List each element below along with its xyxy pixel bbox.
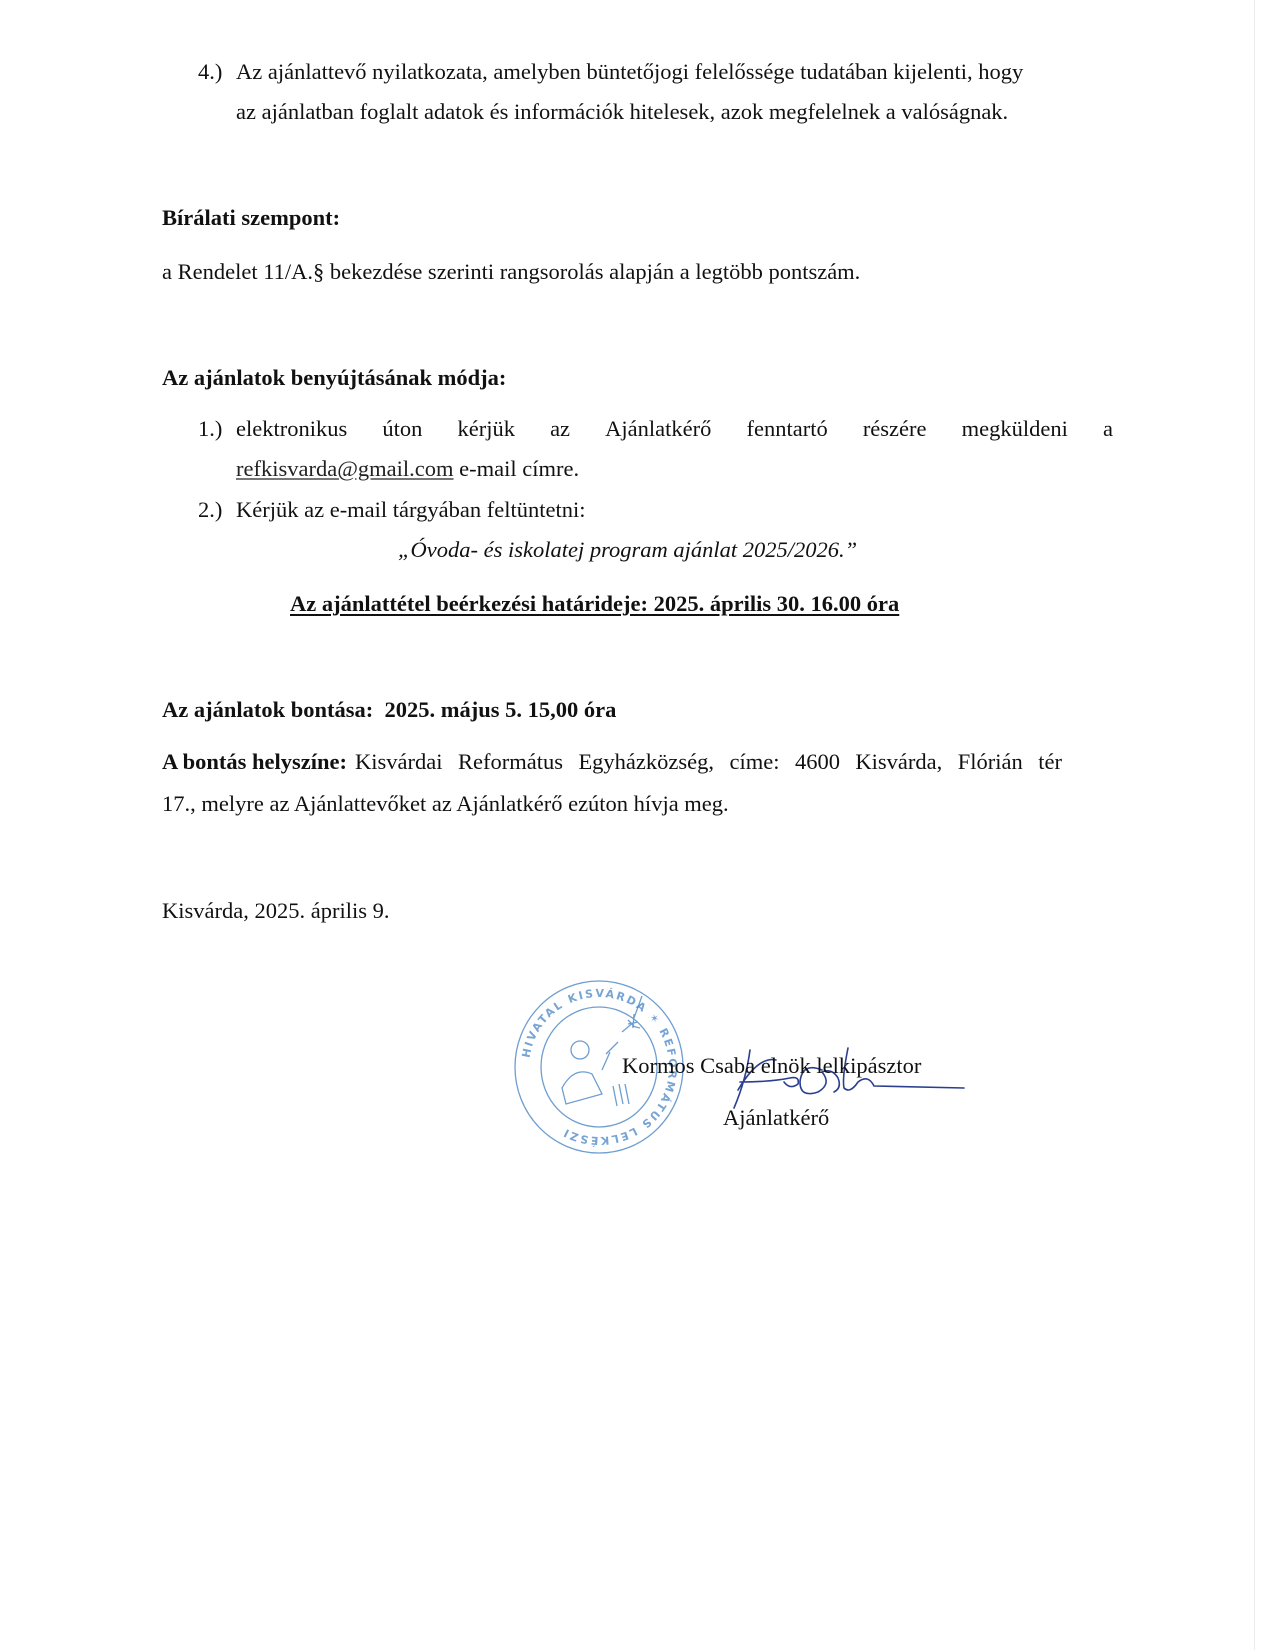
word: úton (382, 415, 422, 443)
venue-line-1: A bontás helyszíne:KisvárdaiReformátusEg… (162, 748, 1062, 776)
word: kérjük (457, 415, 514, 443)
word: részére (863, 415, 927, 443)
word: elektronikus (236, 415, 347, 443)
signer-name: Kormos Csaba elnök lelkipásztor (622, 1052, 921, 1080)
criteria-text: a Rendelet 11/A.§ bekezdése szerinti ran… (162, 258, 860, 286)
word: a (1103, 415, 1113, 443)
item-4-line-1: 4.)Az ajánlattevő nyilatkozata, amelyben… (198, 58, 1023, 86)
submission-item-1: 1.) elektronikusútonkérjükazAjánlatkérőf… (198, 415, 1113, 443)
email-subject: „Óvoda- és iskolatej program ajánlat 202… (398, 536, 857, 564)
item-4-number: 4.) (198, 58, 236, 86)
venue-line-2: 17., melyre az Ajánlattevőket az Ajánlat… (162, 790, 729, 818)
submission-heading: Az ajánlatok benyújtásának módja: (162, 364, 506, 392)
venue-label: A bontás helyszíne: (162, 748, 347, 776)
word: az (550, 415, 570, 443)
criteria-heading: Bírálati szempont: (162, 204, 340, 232)
word: Ajánlatkérő (605, 415, 711, 443)
submission-item-2: 2.)Kérjük az e-mail tárgyában feltüntetn… (198, 496, 585, 524)
submission-item-1-line-2: refkisvarda@gmail.com e-mail címre. (236, 455, 579, 483)
word: fenntartó (746, 415, 827, 443)
submission-item-2-number: 2.) (198, 496, 236, 524)
submission-item-1-text: elektronikusútonkérjükazAjánlatkérőfennt… (236, 415, 1113, 443)
opening-line: Az ajánlatok bontása: 2025. május 5. 15,… (162, 696, 616, 724)
place-date: Kisvárda, 2025. április 9. (162, 897, 389, 925)
item-4-line-2: az ajánlatban foglalt adatok és informác… (236, 98, 1008, 126)
submission-item-1-number: 1.) (198, 415, 236, 443)
page-edge (1254, 0, 1255, 1650)
signer-role: Ajánlatkérő (723, 1104, 829, 1132)
email-link[interactable]: refkisvarda@gmail.com (236, 456, 454, 481)
deadline: Az ajánlattétel beérkezési határideje: 2… (290, 590, 899, 618)
word: megküldeni (962, 415, 1068, 443)
